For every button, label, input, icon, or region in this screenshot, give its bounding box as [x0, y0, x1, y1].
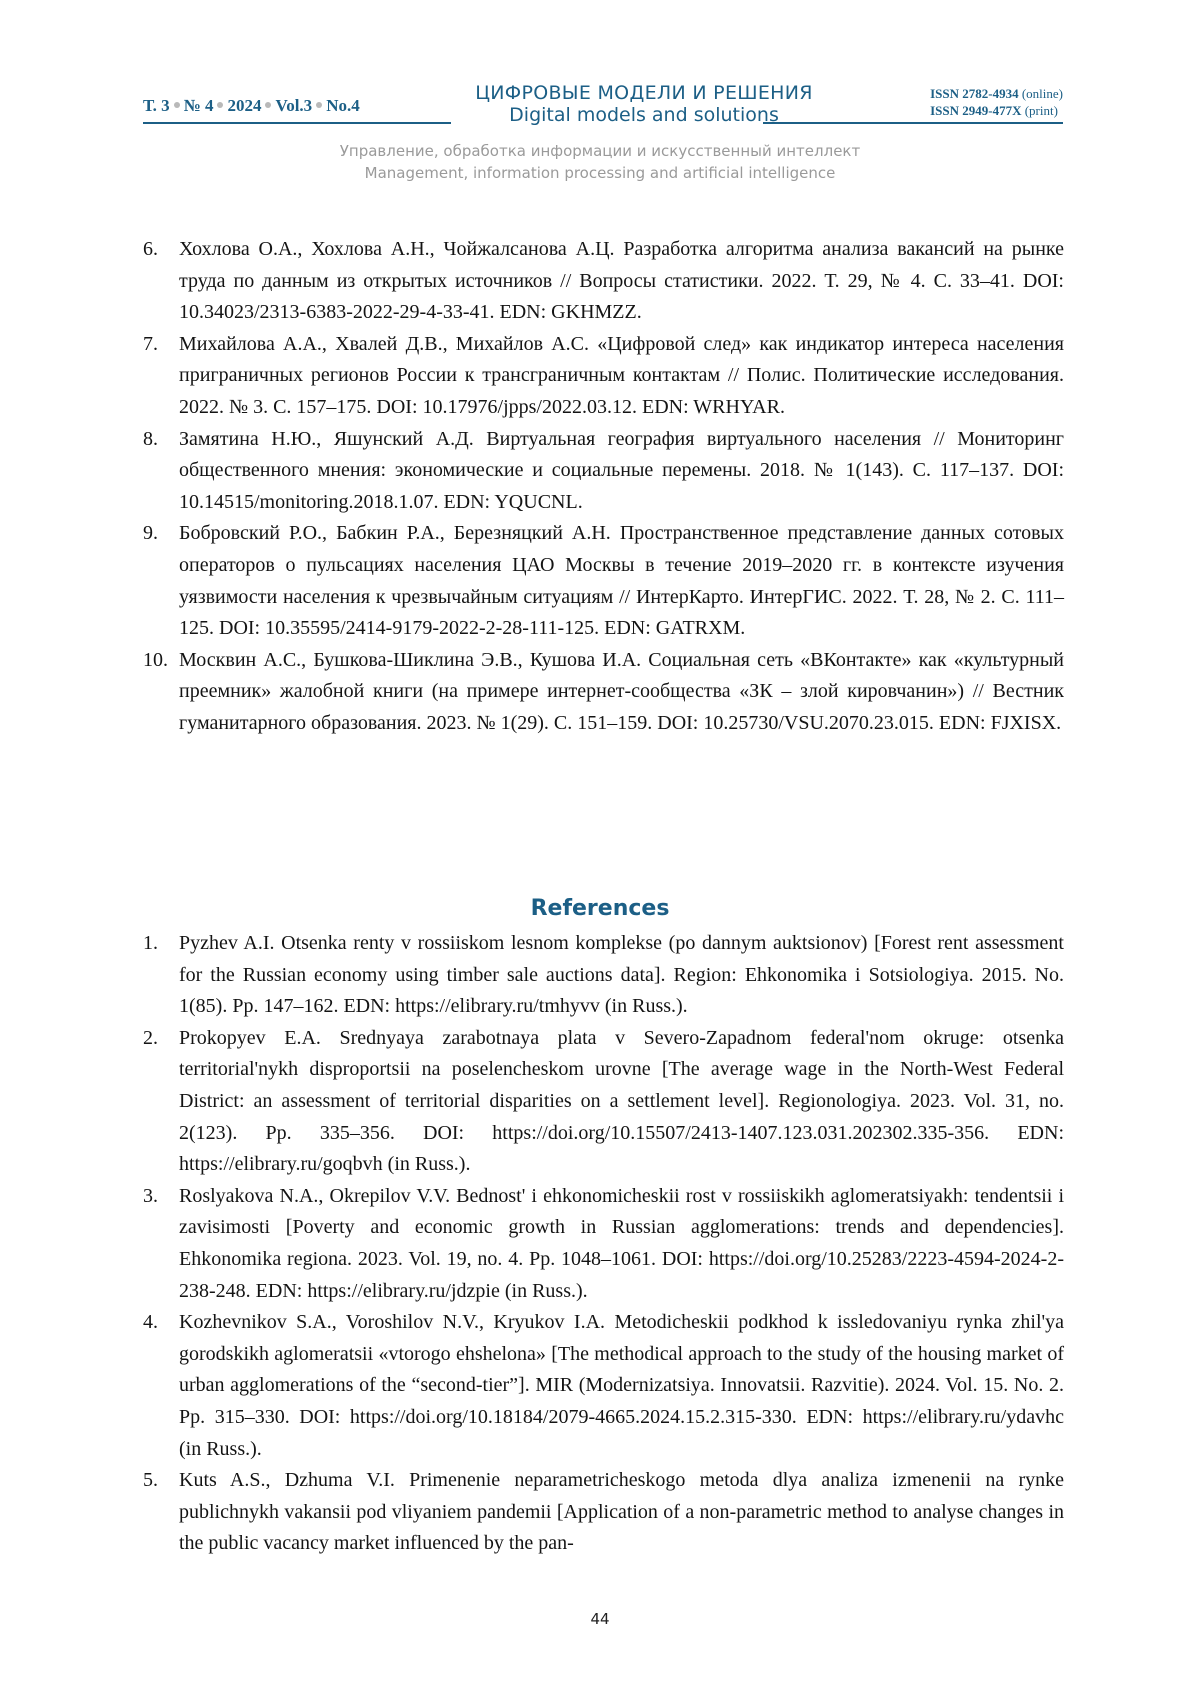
issn-print-number: ISSN 2949-477X	[930, 103, 1021, 118]
reference-text: Замятина Н.Ю., Яшунский А.Д. Виртуальная…	[179, 428, 1064, 513]
issn-print: ISSN 2949-477X (print)	[930, 102, 1063, 119]
reference-number: 8.	[143, 424, 158, 456]
reference-item: 8.Замятина Н.Ю., Яшунский А.Д. Виртуальн…	[143, 424, 1064, 519]
reference-number: 1.	[143, 928, 158, 960]
reference-text: Kozhevnikov S.A., Voroshilov N.V., Kryuk…	[179, 1311, 1064, 1459]
reference-text: Prokopyev E.A. Srednyaya zarabotnaya pla…	[179, 1027, 1064, 1175]
volume-ru: Т. 3	[143, 96, 170, 115]
separator-dot-icon	[265, 102, 271, 108]
reference-text: Pyzhev A.I. Otsenka renty v rossiiskom l…	[179, 932, 1064, 1017]
year: 2024	[227, 96, 261, 115]
reference-item: 9.Бобровский Р.О., Бабкин Р.А., Березняц…	[143, 518, 1064, 644]
issn-online: ISSN 2782-4934 (online)	[930, 85, 1063, 102]
reference-number: 7.	[143, 329, 158, 361]
separator-dot-icon	[174, 102, 180, 108]
section-title: Управление, обработка информации и искус…	[0, 140, 1200, 184]
reference-text: Михайлова А.А., Хвалей Д.В., Михайлов А.…	[179, 333, 1064, 418]
section-title-en: Management, information processing and a…	[0, 162, 1200, 184]
reference-item: 6.Хохлова О.А., Хохлова А.Н., Чойжалсано…	[143, 234, 1064, 329]
reference-text: Kuts A.S., Dzhuma V.I. Primenenie nepara…	[179, 1469, 1064, 1554]
reference-number: 10.	[143, 645, 168, 677]
page-number: 44	[0, 1610, 1200, 1628]
reference-text: Москвин А.С., Бушкова-Шиклина Э.В., Кушо…	[179, 649, 1064, 734]
separator-dot-icon	[316, 102, 322, 108]
issn-block: ISSN 2782-4934 (online) ISSN 2949-477X (…	[930, 85, 1063, 119]
issue-info: Т. 3№ 42024Vol.3No.4	[143, 96, 360, 116]
separator-dot-icon	[217, 102, 223, 108]
issue-en: No.4	[326, 96, 360, 115]
issn-online-type: (online)	[1022, 86, 1063, 101]
reference-item: 10.Москвин А.С., Бушкова-Шиклина Э.В., К…	[143, 645, 1064, 740]
issue-ru: № 4	[184, 96, 214, 115]
reference-item: 3.Roslyakova N.A., Okrepilov V.V. Bednos…	[143, 1181, 1064, 1307]
reference-number: 9.	[143, 518, 158, 550]
journal-title-ru: ЦИФРОВЫЕ МОДЕЛИ И РЕШЕНИЯ	[419, 82, 869, 104]
reference-text: Roslyakova N.A., Okrepilov V.V. Bednost'…	[179, 1185, 1064, 1302]
reference-list-en: 1.Pyzhev A.I. Otsenka renty v rossiiskom…	[143, 928, 1064, 1560]
reference-list-ru: 6.Хохлова О.А., Хохлова А.Н., Чойжалсано…	[143, 234, 1064, 740]
reference-number: 3.	[143, 1181, 158, 1213]
section-title-ru: Управление, обработка информации и искус…	[0, 140, 1200, 162]
reference-text: Бобровский Р.О., Бабкин Р.А., Березняцки…	[179, 522, 1064, 639]
reference-item: 5.Kuts A.S., Dzhuma V.I. Primenenie nepa…	[143, 1465, 1064, 1560]
references-heading: References	[0, 896, 1200, 921]
volume-en: Vol.3	[275, 96, 312, 115]
reference-item: 2.Prokopyev E.A. Srednyaya zarabotnaya p…	[143, 1023, 1064, 1181]
reference-number: 2.	[143, 1023, 158, 1055]
reference-text: Хохлова О.А., Хохлова А.Н., Чойжалсанова…	[179, 238, 1064, 323]
reference-number: 4.	[143, 1307, 158, 1339]
reference-item: 1.Pyzhev A.I. Otsenka renty v rossiiskom…	[143, 928, 1064, 1023]
running-header: Т. 3№ 42024Vol.3No.4 ЦИФРОВЫЕ МОДЕЛИ И Р…	[143, 82, 1063, 126]
reference-number: 6.	[143, 234, 158, 266]
reference-item: 7.Михайлова А.А., Хвалей Д.В., Михайлов …	[143, 329, 1064, 424]
header-rule-left	[143, 122, 451, 124]
reference-item: 4.Kozhevnikov S.A., Voroshilov N.V., Kry…	[143, 1307, 1064, 1465]
issn-print-type: (print)	[1025, 103, 1058, 118]
issn-online-number: ISSN 2782-4934	[930, 86, 1019, 101]
reference-number: 5.	[143, 1465, 158, 1497]
header-rule-right	[763, 122, 1063, 124]
journal-title: ЦИФРОВЫЕ МОДЕЛИ И РЕШЕНИЯ Digital models…	[419, 82, 869, 126]
